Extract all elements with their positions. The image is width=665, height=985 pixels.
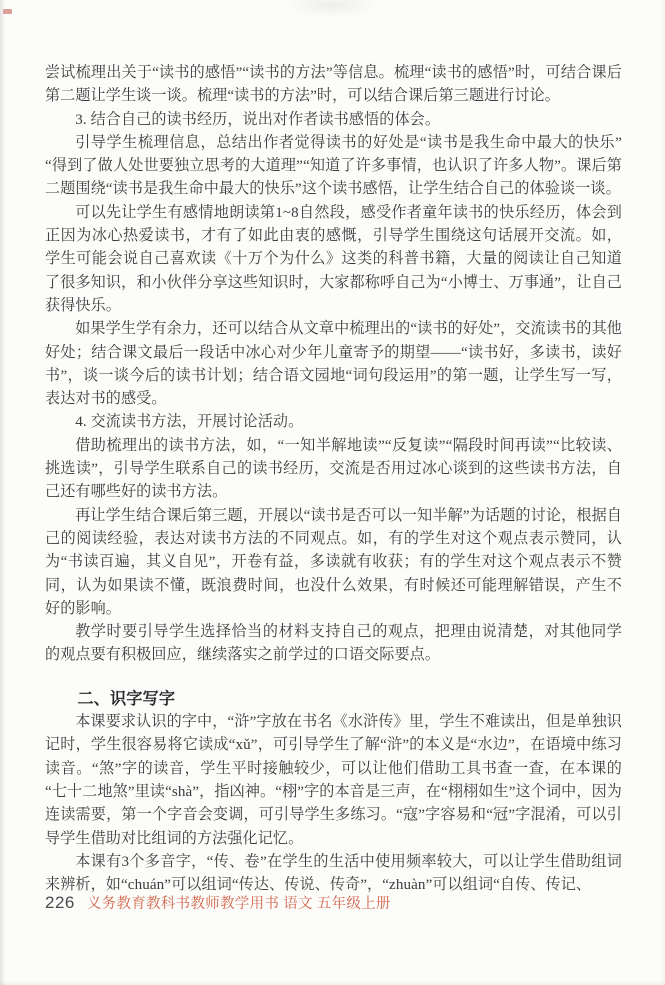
- footer-book-title: 义务教育教科书教师教学用书 语文 五年级上册: [87, 892, 391, 913]
- scan-edge-left: [0, 0, 5, 985]
- numbered-item-4: 4. 交流读书方法，开展讨论活动。: [45, 411, 622, 434]
- paragraph: 再让学生结合课后第三题，开展以“读书是否可以一知半解”为话题的讨论，根据自己的阅…: [45, 505, 622, 621]
- numbered-item-3: 3. 结合自己的读书经历，说出对作者读书感悟的体会。: [45, 109, 622, 132]
- book-page: 尝试梳理出关于“读书的感悟”“读书的方法”等信息。梳理“读书的感悟”时，可结合课…: [0, 0, 665, 985]
- paragraph: 借助梳理出的读书方法，如，“一知半解地读”“反复读”“隔段时间再读”“比较读、挑…: [45, 435, 622, 505]
- paragraph-continuation: 尝试梳理出关于“读书的感悟”“读书的方法”等信息。梳理“读书的感悟”时，可结合课…: [45, 62, 622, 109]
- paragraph: 如果学生学有余力，还可以结合从文章中梳理出的“读书的好处”，交流读书的其他好处；…: [45, 318, 622, 411]
- paragraph: 教学时要引导学生选择恰当的材料支持自己的观点，把理由说清楚，对其他同学的观点要有…: [45, 621, 622, 668]
- section-heading-shizi-xiezi: 二、识字写字: [45, 688, 622, 711]
- paragraph: 引导学生梳理信息，总结出作者觉得读书的好处是“读书是我生命中最大的快乐”“得到了…: [45, 132, 622, 202]
- scan-smudge: [285, 0, 380, 18]
- paragraph: 本课有3个多音字，“传、卷”在学生的生活中使用频率较大，可以让学生借助组词来辨析…: [45, 851, 622, 898]
- scan-edge-right: [661, 0, 665, 985]
- page-content: 尝试梳理出关于“读书的感悟”“读书的方法”等信息。梳理“读书的感悟”时，可结合课…: [45, 62, 622, 897]
- paragraph: 可以先让学生有感情地朗读第1~8自然段，感受作者童年读书的快乐经历，体会到正因为…: [45, 202, 622, 318]
- page-number: 226: [45, 893, 75, 913]
- red-registration-mark: [3, 9, 12, 14]
- page-footer: 226 义务教育教科书教师教学用书 语文 五年级上册: [45, 892, 391, 913]
- paragraph: 本课要求认识的字中，“浒”字放在书名《水浒传》里，学生不难读出，但是单独识记时，…: [45, 711, 622, 851]
- scan-edge-bottom: [0, 980, 665, 985]
